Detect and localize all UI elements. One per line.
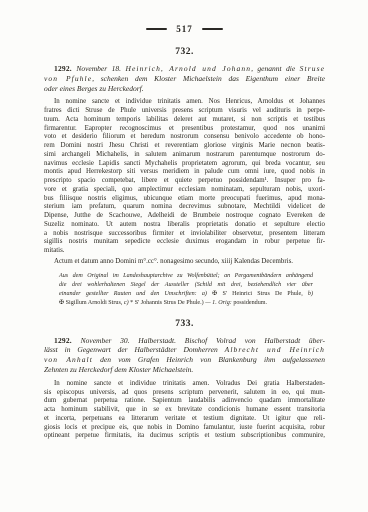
regest-line: 1292. November 30. Halberstadt. Bischof … (44, 336, 325, 346)
body-line: dum gubernat perpetua ratione. Sapientum… (44, 397, 325, 406)
regest: 1292. November 18. Heinrich, Arnold und … (44, 64, 325, 93)
footnote-line: einander gestellter Rauten und den Umsch… (59, 290, 313, 299)
body-line: sterium iam prefatum, quarum nomina decr… (44, 203, 325, 212)
body-line: fratres dicti Struse de Phule universis … (44, 107, 325, 116)
entry-number: 733. (44, 319, 325, 329)
body-line: giosis locis et precipue eis, que nobis … (44, 424, 325, 433)
body-line: sigillis nostris munitam sepedicte eccle… (44, 238, 325, 247)
footnote-line: ✠ Sigillum Arnoldi Strus, c) * S' Johann… (59, 299, 313, 308)
dash-rule-right (202, 28, 223, 30)
body-line: tuum. Acta hominum temporis labilitas de… (44, 116, 325, 125)
regest: 1292. November 30. Halberstadt. Bischof … (44, 336, 325, 375)
regest-line: Zehnten zu Herckedorf dem Kloster Michae… (44, 365, 325, 375)
charter-text: In nomine sancte et individue trinitatis… (44, 380, 325, 441)
body-line: vore et gratia speciali, quo amplectimur… (44, 186, 325, 195)
body-line: In nomine sancte et individue trinitatis… (44, 380, 325, 389)
footnote-line: die drei wohlerhaltenen Siegel der Ausst… (59, 281, 313, 290)
body-line: montis apud Herrekestorp siti versus mer… (44, 168, 325, 177)
body-line: optineant perpetue firmitatis, ita ducim… (44, 432, 325, 441)
footnote-line: Aus dem Original im Landeshauptarchive z… (59, 272, 313, 281)
body-line: Suzeliz nominato. Ut autem nostra libera… (44, 221, 325, 230)
body-line: prescripto spacio competebat, libere et … (44, 177, 325, 186)
body-line: firmarentur. Eapropter recognoscimus et … (44, 125, 325, 134)
body-line: a nobis nostrisque successoribus firmite… (44, 230, 325, 239)
page-header: 517 (44, 24, 325, 34)
charter-text: In nomine sancte et individue trinitatis… (44, 98, 325, 256)
text-block: 517 732. 1292. November 18. Heinrich, Ar… (44, 0, 325, 441)
body-line: voto et desiderio filiorum et heredum no… (44, 133, 325, 142)
body-line: rem Domini nostri Jhesu Christi et rever… (44, 142, 325, 151)
body-line: bus filiisque nostris eligimus, ubicunqu… (44, 195, 325, 204)
body-line: navimus ecclesie Lapidis sancti Mychahel… (44, 160, 325, 169)
regest-line: von Anhalt den vom Grafen Heinrich von B… (44, 355, 325, 365)
body-line: acta hominum stabilivit, que in se ex br… (44, 406, 325, 415)
entry-number: 732. (44, 47, 325, 57)
scanned-book-page: 517 732. 1292. November 18. Heinrich, Ar… (0, 0, 368, 512)
datum-text: Actum et datum anno Domini m°.cc°. nonag… (44, 258, 325, 267)
regest-line: lässt in Gegenwart der Halberstädter Dom… (44, 345, 325, 355)
regest-line: von Pfuhle, schenken dem Kloster Michael… (44, 74, 325, 84)
dash-rule-left (146, 28, 167, 30)
body-line: sis episcopus universis, ad quos presens… (44, 389, 325, 398)
body-line: In nomine sancte et individue trinitatis… (44, 98, 325, 107)
body-line: et incerta, perpetuans ea litterarum ver… (44, 415, 325, 424)
regest-line: oder eines Berges zu Herckedorf. (44, 84, 325, 94)
entry-733: 733. 1292. November 30. Halberstadt. Bis… (44, 319, 325, 441)
footnote: Aus dem Original im Landeshauptarchive z… (59, 272, 313, 308)
body-line: simi archangeli Michahelis, in salutem a… (44, 151, 325, 160)
entry-732: 732. 1292. November 18. Heinrich, Arnold… (44, 47, 325, 308)
body-line: mitatis. (44, 247, 325, 256)
regest-line: 1292. November 18. Heinrich, Arnold und … (44, 64, 325, 74)
datum-line: Actum et datum anno Domini m°.cc°. nonag… (44, 258, 325, 267)
body-line: Dipense, Jutthe de Scachouwe, Adelheidi … (44, 212, 325, 221)
page-number: 517 (176, 24, 193, 34)
